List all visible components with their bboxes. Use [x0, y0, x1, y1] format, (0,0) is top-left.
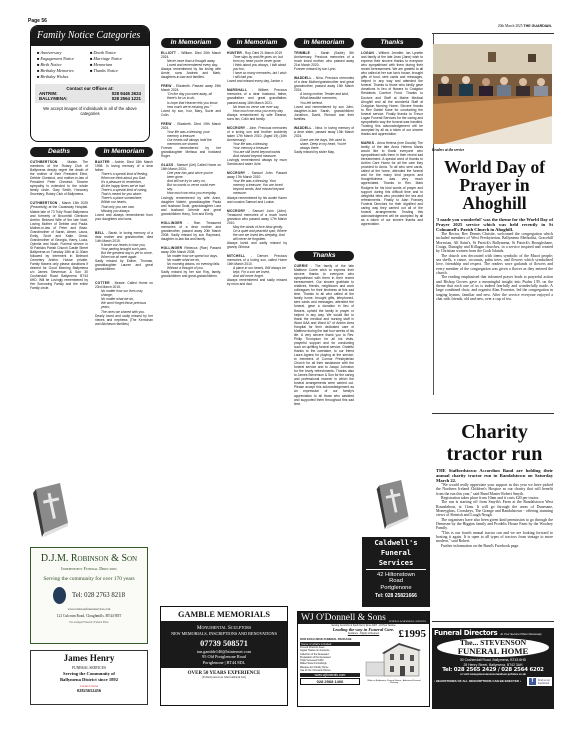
ad-subtitle: Independent Funeral Directors — [31, 566, 147, 571]
verse-line: I have so many memories, but I wish I st… — [233, 71, 287, 79]
ad-website: www.robinsonsfuneralservices.com — [31, 607, 147, 611]
notice-verse: A place in our hearts, Will always be ke… — [227, 266, 287, 278]
publication-name: THE GUARDIAN. — [523, 24, 552, 28]
ad-headstones: • HEADSTONES OF ALL DESCRIPTIONS CAN BE … — [434, 680, 521, 684]
verse-line: Our hearts will always hold the memories… — [167, 138, 221, 146]
verse-line: Is hope that Heaven lets you know how mu… — [167, 101, 221, 109]
category-item: Birth Notice — [37, 62, 90, 67]
memoriam-column: TRIMBLE - Sarah (Sadie) 5th Anniversary.… — [294, 51, 354, 154]
section-header-memoriam: In Memoriam — [294, 38, 354, 48]
ad-line: Serving the Community of — [31, 671, 147, 676]
odonnell-funeral-ad: WJ O'Donnell & SonsFUNERAL & MEMORIAL SE… — [297, 611, 430, 707]
funeral-home-image — [364, 642, 424, 678]
notice-text: - Anna Helena (nee Doudis) The family of… — [361, 141, 423, 226]
section-header-thanks: Thanks — [294, 251, 354, 261]
categories-title: Family Notice Categories — [31, 26, 149, 46]
ad-footnote: (Formerly known as John Gamble & Son) — [161, 676, 287, 679]
ad-phone: 07739 508571 — [163, 639, 285, 648]
category-item: Anniversary — [37, 50, 90, 55]
header-rule — [432, 33, 554, 34]
notice-signoff: Sadly missed by sister May. — [294, 150, 354, 154]
notice-verse: No tears no verse can ever say, How much… — [227, 105, 287, 113]
article-paragraph: The Rector, Rev Dennis Christie, welcome… — [436, 232, 553, 254]
verse-line: Your life was a blessing, Your memory a … — [233, 179, 287, 195]
article-lead: THE Staffordstown Accordion Band are hol… — [436, 468, 553, 483]
notice-verse: Never more than a thought away. Loved an… — [161, 59, 221, 67]
verse-line: A place in our hearts, Will always be ke… — [233, 266, 287, 274]
ad-address: 121 Culcrum Road, Cloughmills. BT44 9DT — [31, 614, 147, 618]
stevenson-funeral-ad: Funeral Directors At Your Service When N… — [432, 628, 554, 709]
notice-signoff: Always loved and sadly missed by granny … — [227, 241, 287, 249]
notice: BELL - Sarah. In loving memory of a dear… — [95, 231, 153, 243]
article-paragraph: The church was decorated with items symb… — [436, 254, 553, 276]
notice: CUTHBERTSON - March 13th 2025 (Peacefull… — [30, 201, 88, 290]
section-header-deaths: Deaths — [30, 147, 88, 157]
section-header-memoriam: In Memoriam — [227, 38, 287, 48]
verse-line: Your life was a blessing, your memory a … — [167, 130, 221, 138]
notice-signoff: Sadly missed by her son Roy, family, gra… — [161, 270, 221, 278]
section-header-memoriam: In Memoriam — [95, 147, 153, 157]
issue-date: 20th March 2025 — [498, 24, 523, 28]
notice-verse: There's a special kind of feeling, When … — [95, 172, 153, 212]
ad-phone: 02825652456 — [31, 688, 147, 693]
notice: BAXTER - Archie. Died 15th March 1998. I… — [95, 160, 153, 172]
notice-signoff: Sadly missed by Esther, Thomas, granddau… — [95, 259, 153, 271]
ad-title: Funeral — [362, 547, 430, 557]
memoriam-column: ELLIOTT - William. Died 20th March 2024.… — [161, 51, 221, 278]
category-item: Death Notice — [90, 50, 143, 55]
ad-title: Caldwell's — [362, 537, 430, 547]
facebook-icon: f — [529, 678, 536, 685]
verse-line: One year has past since you've been gone… — [167, 171, 221, 179]
notice-text: - Wilbert. Jennifer, Ian Lynette and fam… — [361, 51, 423, 136]
image-caption: Wake in Ballymena, Funeral Home - Advanc… — [364, 680, 424, 684]
page-number: Page 56 — [28, 18, 47, 24]
facebook-label: Facebook — [538, 682, 550, 685]
notice-signoff: Loved and remembered by son John, daught… — [294, 105, 354, 121]
verse-line: "On the day you went away, all there's f… — [167, 92, 221, 100]
notice-verse: One year has past since you've been gone… — [161, 171, 221, 195]
notice-signoff: Always remembered by his loving wife Ann… — [161, 67, 221, 79]
ad-phone: Tel: 028 2763 8218 — [72, 592, 125, 599]
section-header-memoriam: In Memoriam — [161, 38, 221, 48]
ad-name-line: FUNERAL HOME — [437, 647, 549, 656]
ad-title: D.J.M. Robinson & Son — [31, 553, 147, 564]
package-label: OUR EXCLUSIVE FUNERAL PACKAGE — [300, 637, 360, 641]
verse-line: May the winds of love blow gently, On a … — [233, 225, 287, 241]
verse-line: How much we miss you everyday. — [167, 191, 221, 195]
family-notice-categories: Family Notice Categories Anniversary Dea… — [30, 25, 150, 142]
verse-line: We won't forget those precious years, — [101, 301, 153, 309]
verse-line: Gone are the days, We used to share, Dee… — [300, 138, 354, 150]
ad-phone: Tel: 028 25821666 — [362, 593, 430, 599]
article-paragraph: "We would really appreciate your support… — [436, 483, 553, 496]
notice-verse: No matter how our lives may change, No m… — [95, 289, 153, 313]
notice-verse: It broke our hearts to lose you, Your pa… — [95, 243, 153, 259]
memoriam-column: HUNTER - Roy. Died 21 March 2019 Time sl… — [227, 51, 287, 286]
notice-verse: Time slips by and life goes on, but from… — [227, 55, 287, 79]
office-phone: 028 2564 1221 — [112, 96, 141, 101]
ad-tagline: Serving the community for over 170 years — [31, 576, 147, 582]
thanks-column: LOGAN - Wilbert. Jennifer, Ian Lynette a… — [361, 51, 423, 481]
notice-verse: Gone are the days, We used to share, Dee… — [294, 138, 354, 150]
facebook-badge: f Find us on Facebook — [527, 677, 552, 686]
ad-line: NEW MEMORIALS, INSCRIPTIONS AND RENOVATI… — [163, 631, 285, 636]
category-item: Marriage Notice — [90, 56, 143, 61]
robinson-funeral-ad: D.J.M. Robinson & Son Independent Funera… — [30, 547, 148, 644]
article-lead: 'I made you wonderful' was the theme for… — [436, 217, 553, 232]
notice-signoff: Always remembered by his auntie Karen an… — [227, 196, 287, 204]
notice-verse: Your life was a blessing Your memory a t… — [227, 142, 287, 158]
category-item: Thanks Notice — [90, 68, 143, 73]
categories-list: Anniversary Death Notice Engagement Noti… — [31, 46, 149, 81]
article-paragraph: The reading emphasised that informed pra… — [436, 275, 553, 301]
bible-icon — [30, 483, 72, 538]
notice-signoff: Always remembered by wife Eleanor, sons … — [227, 113, 287, 121]
article-divider — [432, 621, 554, 622]
contact-offices: Contact our Offices at: ANTRIM: 028 9446… — [35, 84, 145, 103]
memoriam-column: BAXTER - Archie. Died 15th March 1998. I… — [95, 160, 153, 326]
ad-line: Ballymena District since 1892 — [31, 677, 147, 682]
category-item: Birthday Memories — [37, 68, 90, 73]
notice-signoff: Forever remembered by her granddaughter … — [161, 146, 221, 158]
notice-verse: May the winds of love blow gently, On a … — [227, 225, 287, 241]
ad-title: GAMBLE MEMORIALS — [161, 607, 287, 621]
james-henry-ad: James Henry FUNERAL SERVICES Serving the… — [30, 650, 148, 705]
notice-signoff: Loved and missed every day, Janice x — [227, 79, 287, 83]
article-headline: World Day of Prayer in Ahoghill — [437, 158, 552, 212]
ad-title: WJ O'Donnell & SonsFUNERAL & MEMORIAL SE… — [298, 612, 429, 624]
verse-line: No matter how our lives may change, — [101, 289, 153, 297]
gamble-memorials-ad: GAMBLE MEMORIALS Monumental Sculptors NE… — [160, 606, 288, 706]
notice: COTTER - Bessie. Called Home on 23rd Mar… — [95, 281, 153, 289]
ad-phone: 028 2568 1406 — [300, 678, 360, 685]
notice-signoff: Loved and always remembered from your da… — [95, 213, 153, 221]
notice-signoff: Loved by son, Ivor, Mary, Suzie and Coli… — [161, 109, 221, 117]
article-headline: Charity tractor run — [437, 421, 552, 465]
office-row: BALLYMENA: 028 2564 1221 — [39, 96, 141, 101]
article-paragraph: The run is starting off from Smyth's Far… — [436, 500, 553, 517]
crest-icon — [53, 587, 66, 604]
ad-footer: OVER 50 YEARS EXPERIENCE — [161, 668, 287, 676]
notice-text: - Sarah. In loving memory of a dear moth… — [95, 231, 153, 243]
ad-title: James Henry — [31, 653, 147, 663]
verse-line: I think about you always, I talk about y… — [233, 63, 287, 71]
ad-title-text: WJ O'Donnell & Sons — [301, 613, 386, 623]
notice-signoff: Lovingly remembered always by mum Sandra… — [227, 158, 287, 166]
images-note: We accept images of individuals in all o… — [31, 103, 149, 119]
ad-website: www.wjfunerals.com — [300, 673, 360, 677]
ad-address: Portglenone — [362, 585, 430, 591]
notice: CUTHBERTSON - Maisie. The members of the… — [30, 160, 88, 196]
masthead: 20th March 2025 THE GUARDIAN. — [430, 24, 552, 28]
ad-address: Portglenone | BT44 8DL — [163, 660, 285, 665]
ad-subtitle: FUNERAL SERVICES — [31, 666, 147, 670]
verse-line: Time slips by and life goes on, but from… — [233, 55, 287, 63]
article-paragraph: "This is our fourth annual tractor run a… — [436, 531, 553, 544]
ad-service: At Your Service When Necessary — [500, 632, 541, 636]
notice-text: - March 13th 2025 (Peacefully) at the Ca… — [30, 201, 88, 290]
ad-name: The... STEVENSON FUNERAL HOME — [437, 638, 549, 657]
verse-line: A loving mother, Tender and kind, What b… — [300, 92, 354, 100]
bible-icon — [368, 480, 418, 530]
verse-line: But no words or verse could ever say, — [167, 183, 221, 191]
notice-verse: "On the day you went away, all there's f… — [161, 92, 221, 108]
charity-article: THE Staffordstown Accordion Band are hol… — [436, 468, 553, 548]
ad-header: Funeral Directors — [434, 629, 497, 637]
section-header-thanks: Thanks — [361, 38, 423, 48]
ad-footer: Pre-arranged Funerals | Funeral Plans — [31, 621, 147, 624]
notice-signoff: Always remembered and sadly missed by mu… — [227, 278, 287, 286]
include-item: Use of Our 3 Funeral Homes — [300, 669, 360, 672]
article-divider — [432, 413, 554, 414]
category-item: Birthday Wishes — [37, 74, 90, 79]
caldwell-funeral-ad: Caldwell's Funeral Services 42 Hiltonsto… — [362, 537, 430, 607]
notice-signoff: Lovingly remembered by wife Anne, daught… — [161, 196, 221, 216]
notice-text: - The family of the late Matthew Currie … — [294, 264, 354, 406]
article-paragraph: Further information on the Band's Facebo… — [436, 544, 553, 548]
church-photo — [433, 44, 552, 144]
office-name: BALLYMENA: — [39, 96, 68, 101]
thanks-column: CURRIE - The family of the late Matthew … — [294, 264, 354, 609]
package-price: £1995 — [399, 628, 427, 640]
notice-signoff: Dearly loved and sadly missed by her nie… — [95, 314, 153, 326]
category-item: Memoriam — [90, 62, 143, 67]
notice-verse: Your life was a blessing, your memory a … — [161, 130, 221, 146]
notice-verse: No matter how we spend our days, No matt… — [161, 254, 221, 270]
ad-title: Services — [362, 557, 430, 567]
photo-caption: Readers at the service — [432, 148, 464, 152]
ad-address: 30 Cushendall Road, Ballymena, BT43 6HD — [432, 658, 554, 662]
category-item: Engagement Notice — [37, 56, 90, 61]
notice-verse: Your life was a blessing, Your memory a … — [227, 179, 287, 195]
notice-verse: A loving mother, Tender and kind, What b… — [294, 92, 354, 104]
deaths-column: CUTHBERTSON - Maisie. The members of the… — [30, 160, 88, 290]
world-day-article: 'I made you wonderful' was the theme for… — [436, 217, 553, 302]
notice-text: - Maisie. The members of the Rotary Club… — [30, 160, 88, 196]
article-paragraph: The organisers have also been given kind… — [436, 518, 553, 531]
